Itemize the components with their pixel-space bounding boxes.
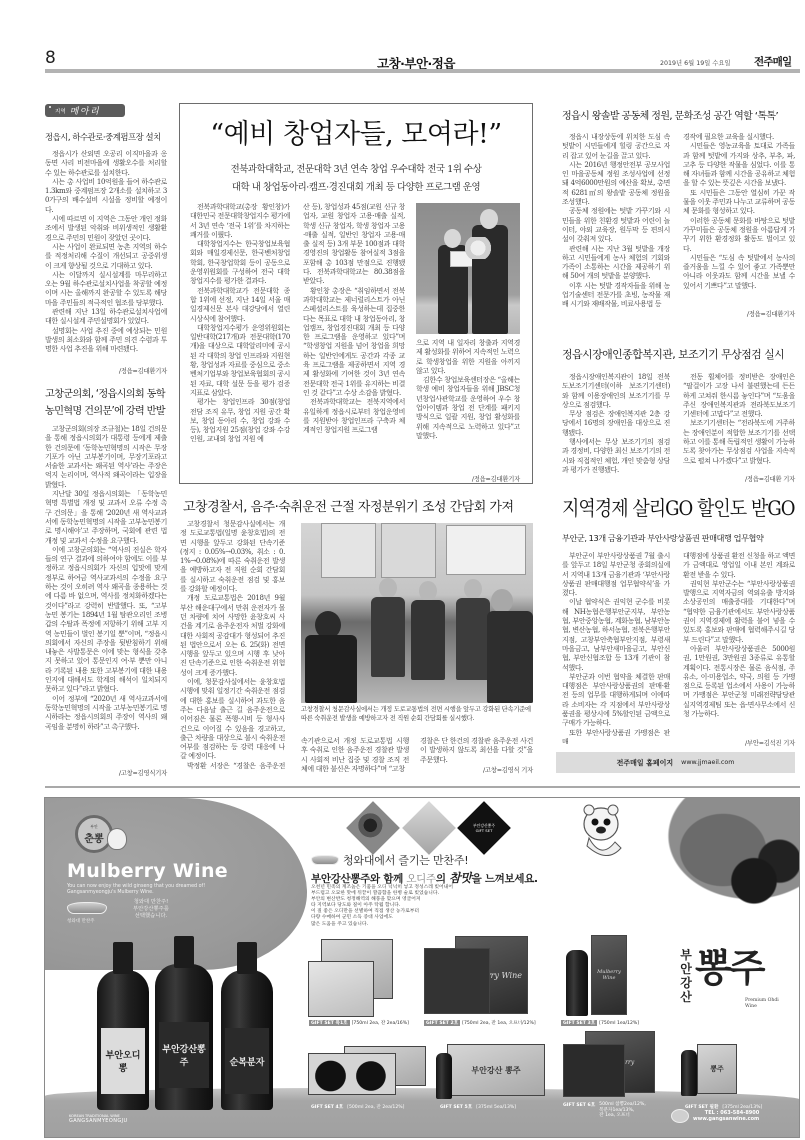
paragraph: 시는 2016년 행정안전부 공모사업인 마을공동체 정원 조성사업에 선정돼 …: [562, 161, 670, 207]
wine-bottle: [681, 1050, 697, 1096]
sewer-byline: /정읍=김대환기자: [45, 366, 167, 375]
bullet-icon: [49, 106, 51, 108]
paragraph: 이어 정부에 “2020년 새 역사교과서에 동학농민혁명의 시작을 고부농민봉…: [45, 695, 167, 732]
person-head: [419, 581, 437, 601]
box-text: 부안강산 뽕주: [471, 1065, 520, 1076]
emblem-text: 춘뽕: [84, 830, 103, 845]
paragraph: 전북과학대학교는 전북지역에서 유일하게 정읍시로부터 창업운영비를 지원받아 …: [303, 398, 405, 435]
garden-byline: /정읍=김대환기자: [683, 309, 795, 318]
wine-bottle: [566, 950, 588, 1016]
headline-part: 부안강산뽕주와 함께: [311, 873, 406, 885]
officer-figure: [456, 598, 490, 680]
gift-set-spec: [750ml 2ea, 잔 2ea/16%]: [352, 1020, 409, 1026]
paragraph: 경찰은 단 한건의 경찰관 음주운전 사건이 발생하지 않도록 최선을 다할 것…: [420, 737, 533, 765]
gift-set-spec: [375ml 5ea/13%]: [476, 1105, 516, 1110]
brand-english: Premium Ohdi Wine: [745, 998, 781, 1010]
startup-headline: “예비 창업자들, 모여라!”: [179, 112, 533, 151]
person-figure: [305, 635, 357, 703]
paragraph: 경작에 필요한 교육을 실시했다.: [683, 133, 795, 142]
gift-set-2-label: GIFT SET 2호 [750ml 2ea, 잔 1ea, 오프너/12%]: [424, 1020, 536, 1026]
gift-set-spec: [500ml 2ea, 잔 2ea/12%]: [347, 1104, 404, 1110]
paragraph: 무상 점검은 장애인복지관 2층 강당에서 16명의 장애인을 대상으로 진행됐…: [562, 410, 670, 438]
paragraph: 이러한 공동체 문화를 바탕으로 텃밭 가꾸미들은 공동체 정원을 아름답게 가…: [683, 217, 795, 254]
homepage-banner: 전주매일 홈페이지 www.jjmaeil.com: [556, 752, 795, 773]
paragraph: 전동 휠체어를 정비받은 장애인은 “팔걸이가 고장 나서 불편했는데 든든하게…: [683, 373, 795, 419]
paragraph: 산 등), 창업성과 45점(교원 신규 창업자, 교원 창업자 고용·매출 실…: [303, 203, 405, 287]
gift-set-spec: 500ml 참뽕2ea/12%, 복분자1ea/13%, 잔 1ea, 오프너: [599, 1102, 646, 1119]
column-tag-large: 메아리: [70, 104, 101, 117]
gift-set-4-label: GIFT SET 4호 [500ml 2ea, 잔 2ea/12%]: [309, 1104, 404, 1110]
column-tag: 지역 메아리: [45, 104, 125, 117]
note-line: 청와대 만찬주!: [119, 899, 183, 906]
paragraph: 대학창업지수는 한국창업보육협회와 매일경제신문, 한국벤처창업학회, 한국창업…: [190, 240, 290, 286]
ad-tagline: You can now enjoy the wild ginseng that …: [67, 884, 247, 896]
voucher-subhead: 부안군, 13개 금융기관과 부안사랑상품권 판매대행 업무협약: [562, 533, 763, 544]
startup-column-2: 산 등), 창업성과 45점(교원 신규 창업자, 교원 창업자 고용·매출 실…: [303, 203, 405, 469]
sewer-article-title: 정읍시, 하수관로·중계펌프장 설치: [45, 131, 170, 143]
council-article-body: 고창군의회(의장 조규철)는 18일 건의문을 통해 정읍시의회가 대통령 등에…: [45, 425, 167, 765]
paragraph: 행사에서는 무상 보조기기의 점검과 경정비, 다양한 최신 보조기기의 전시와…: [562, 438, 670, 475]
officer-figure: [411, 600, 445, 680]
headline-part: 참맛: [449, 871, 472, 885]
gift-set-tag: GIFT SET 6호: [561, 1102, 597, 1108]
police-headline: 고창경찰서, 음주·숙취운전 근절 자정분위기 조성 간담회 가져: [183, 496, 538, 515]
note-line: 부안강산뽕주를: [119, 906, 183, 913]
award-ceremony-photo: [416, 203, 520, 334]
gift-set-tag: GIFT SET 2호: [424, 1020, 460, 1026]
paragraph: 또한 부안사랑상품권 가맹점은 판매: [562, 729, 670, 744]
box-text: Mulberry Wine: [592, 969, 626, 981]
person-head: [464, 579, 482, 599]
person-head: [444, 229, 461, 248]
blue-house-icon: [67, 902, 107, 914]
mulberry-wine-advertisement: 부안 춘뽕 Mulberry Wine You can now enjoy th…: [44, 797, 800, 1138]
box-text: 뽕주: [710, 1064, 724, 1074]
bear-mascot-icon: [581, 804, 627, 860]
brand-vertical-text: 부안강산: [679, 948, 693, 1004]
gift-set-spec: [750ml 2ea, 잔 1ea, 오프너/12%]: [462, 1020, 536, 1026]
disability-column-1: 정읍시장애인복지관이 18일 전북도보조기기센터(이하 보조기기센터)와 함께 …: [562, 373, 670, 479]
police-byline: /고창=김영식 기자: [420, 765, 533, 774]
paragraph: 대학창업지수평가 운영위원회는 일반대학(217개)과 전문대학(170개)을 …: [190, 324, 290, 398]
police-column-3: 경찰은 단 한건의 경찰관 음주운전 사건이 발생하지 않도록 최선을 다할 것…: [420, 737, 533, 765]
fruit-diamond-image: [402, 801, 456, 855]
page-number: 8: [45, 48, 56, 68]
paragraph: 정읍시 내장상동에 위치한 도심 속 텃밭이 시민들에게 힐링 공간으로 자리 …: [562, 133, 670, 161]
issue-date: 2019년 6월 19일 수요일: [660, 58, 731, 67]
person-head: [379, 578, 397, 598]
bottle-neck: [174, 936, 194, 968]
bottle-label: 부안강산뽕주: [159, 1022, 209, 1088]
paragraph: 부안군이 부안사랑상품권 7월 출시를 앞두고 18일 부안군청 종회의실에서 …: [562, 552, 670, 598]
garden-headline: 정읍시 왕솔밭 공동체 정원, 문화조성 공간 역할 ‘톡톡’: [562, 107, 778, 122]
paragraph: 권익현 부안군수는 “부안사랑상품권 발행으로 지역자금의 역외유출 방지와 소…: [683, 580, 795, 645]
paragraph: 고창경찰서 청문감사실에서는 개정 도로교통법(일명 윤창호법)의 전면 시행을…: [180, 520, 285, 594]
paragraph: 관련해 시는 지난 3월 텃밭을 개장하고 시민들에게 농사 체험의 기회와 가…: [562, 245, 670, 282]
paragraph: 설명회는 사업 추진 중에 예상되는 민원 발생의 최소화와 함께 주민 의견 …: [45, 327, 167, 355]
badge-line: GIFT SET: [476, 828, 493, 833]
paragraph: 평가는 창업인프라 30점(창업 전담 조직 유무, 창업 지원 공간 확보, …: [190, 398, 290, 444]
ad-brand-title: Mulberry Wine: [67, 860, 228, 882]
officer-figure: [371, 597, 405, 677]
bottle-label: 부안오디뽕: [101, 1028, 145, 1094]
gift-set-6-tray: [563, 1044, 625, 1097]
gift-set-2-tray: [424, 948, 490, 1014]
gift-set-1-label: GIFT SET 특1호 [750ml 2ea, 잔 2ea/16%]: [309, 1020, 409, 1026]
startup-subhead-2: 대학 내 창업동아리·캠프·경진대회 개최 등 다양한 프로그램 운영: [179, 179, 533, 193]
paragraph: 시는 사업이 완료되면 농촌 지역의 하수를 적정처리해 수질이 개선되고 공중…: [45, 243, 167, 271]
paragraph: 시는 총 사업비 10억원을 들여 하수관로 1.3km와 중계펌프장 2개소를…: [45, 178, 167, 215]
paragraph: 부안군과 이번 협약을 체결한 판매대행점은 부안사랑상품권의 판매·환전 등의…: [562, 673, 670, 729]
gift-set-5-box: 부안강산 뽕주: [447, 1044, 545, 1096]
garden-column-2: 경작에 필요한 교육을 실시했다. 시민들은 영농교육을 토대로 가족들과 함께…: [683, 133, 795, 305]
ad-body-copy: 오천년 민족의 계조높은 기품을 오디 넉넉히 넣고 정성스레 빚어내어 부드럽…: [311, 885, 491, 928]
header-rule: [45, 69, 800, 73]
paragraph: 이후 시는 텃밭 경작자들을 위해 농업기술센터 전문가를 초빙, 농작물 재배…: [562, 282, 670, 310]
council-byline: /고창=김영식기자: [45, 768, 167, 777]
homepage-label: 전주매일 홈페이지: [617, 758, 674, 768]
paragraph: 보조기기센터는 “전라북도에 거주하는 장애인분이 적합한 보조기기를 선택하고…: [683, 419, 795, 465]
paragraph: 시민들은 “도심 속 텃밭에서 농사의 즐거움을 느낄 수 있어 좋고 가족뿐만…: [683, 254, 795, 291]
gift-set-tag: GIFT SET 5호: [438, 1104, 474, 1110]
maker-name: GANGSANMYEONGJU: [69, 1118, 128, 1124]
paragraph: 정읍시장애인복지관이 18일 전북도보조기기센터(이하 보조기기센터)와 함께 …: [562, 373, 670, 410]
bouquet-shape: [463, 237, 493, 259]
paragraph: 전북과학대학교(총장 황인창)가 대한민국 전문대학창업지수 평가에서 3년 연…: [190, 203, 290, 240]
paragraph: 이에, 청문감사실에서는 윤창호법 시행에 맞춰 일정기간 숙취운전 점검에 대…: [180, 678, 285, 762]
paragraph: 전북과학대학교가 전문대학 종합 1위에 선정, 지난 14일 서울 매일경제신…: [190, 287, 290, 324]
bottle-label: 순복분자: [225, 1028, 269, 1094]
paragraph: 개정 도로교통법은 2018년 9월 부산 해운대구에서 만취 운전자가 몰던 …: [180, 594, 285, 678]
voucher-byline: /부안=김석진 기자: [683, 738, 795, 747]
startup-byline: /정읍=김대환기자: [416, 474, 520, 483]
copy-line: 많은 도움을 주고 있습니다.: [311, 922, 491, 928]
spec-line: 잔 1ea, 오프너: [599, 1113, 646, 1119]
newspaper-name: 전주매일: [754, 54, 791, 69]
gift-set-spec: [375ml 2ea/13%]: [722, 1105, 762, 1110]
paragraph: 이에 고창군의회는 “역사의 진실은 학자들의 연구 결과에 의하여야 함에도 …: [45, 546, 167, 695]
gift-set-4-tray: [308, 1053, 396, 1095]
gift-set-1-front: [308, 961, 374, 1017]
person-head: [480, 209, 498, 229]
blue-house-icon: [311, 855, 339, 865]
bottle-neck: [113, 942, 133, 974]
mulberry-leaves-image: [623, 797, 800, 934]
ad-website: www.gangsanwine.com: [693, 1116, 759, 1122]
headline-part: 의: [436, 873, 449, 885]
police-meeting-photo: [301, 523, 533, 703]
mascot-icon: [107, 828, 127, 850]
gift-set-3-bag: Mulberry Wine: [591, 935, 627, 1015]
paragraph: 관련해 지난 13일 하수관로설치사업에 대한 실시설계 주민설명회가 있었다.: [45, 308, 167, 327]
police-column-2: 속기관으로서 개정 도로교통법 시행 후 숙취로 인한 음주운전 경찰관 발생 …: [301, 737, 409, 775]
paragraph: 고창군의회(의장 조규철)는 18일 건의문을 통해 정읍시의회가 대통령 등에…: [45, 425, 167, 490]
sewer-article-body: 정읍시가 산외면 오공리 이직마을과 옹동면 사리 비전마을에 생활오수를 처리…: [45, 150, 167, 364]
homepage-url: www.jjmaeil.com: [681, 759, 734, 766]
gift-set-tag: GIFT SET 특1호: [309, 1020, 350, 1026]
officer-figure: [487, 611, 533, 703]
paragraph: 시민들은 영농교육을 토대로 가족들과 함께 텃밭에 가지와 상추, 부추, 파…: [683, 142, 795, 188]
paragraph: 지난달 30일 정읍시의회는 「동학농민혁명 특별법 개정 및 교과서 오류 수…: [45, 490, 167, 546]
maker-mark: KOREAN TRADITIONAL WINE GANGSANMYEONGJU: [69, 1114, 128, 1124]
brand-calligraphy-logo: 부안강산 뽕주 Premium Ohdi Wine: [679, 946, 779, 1022]
police-column-1: 고창경찰서 청문감사실에서는 개정 도로교통법(일명 윤창호법)의 전면 시행을…: [180, 520, 285, 770]
wine-bottle: 부안오디뽕: [97, 970, 149, 1110]
paragraph: 대행점에 상품권 환전 신청을 하고 액면가 금액대로 영업일 이내 본인 계좌…: [683, 552, 795, 580]
disability-column-2: 전동 휠체어를 정비받은 장애인은 “팔걸이가 고장 나서 불편했는데 든든하게…: [683, 373, 795, 471]
blue-house-note: 청와대 만찬주! 부안강산뽕주를 선택했습니다.: [119, 899, 183, 920]
gift-set-diamond-badge: 부안강산뽕주 GIFT SET: [457, 801, 511, 855]
section-divider: [45, 786, 800, 788]
gift-set-tag: GIFT SET 4호: [309, 1104, 345, 1110]
paragraph: 박정환 서장은 “경찰은 음주운전 단: [180, 762, 285, 770]
paragraph: 시는 이달까지 실시설계를 마무리하고 오는 9월 하수관로설치사업을 착공할 …: [45, 271, 167, 308]
wine-bottle: 순복분자: [221, 970, 273, 1110]
council-article-title: 고창군의회, ‘정읍시의회 동학 농민혁명 건의문’에 강력 반발: [45, 386, 170, 420]
title-line: 고창군의회, ‘정읍시의회 동학: [45, 386, 170, 403]
headline-part: 을 느껴보세요.: [472, 873, 538, 885]
wall-map: [321, 523, 376, 578]
paragraph: 또 시민들은 그동안 열심히 가꾼 작물을 이웃 주민과 나누고 교류하며 공동…: [683, 189, 795, 217]
blue-house-caption: 청와대 만찬주: [67, 918, 95, 924]
gift-set-7-box: 뽕주: [697, 1044, 737, 1094]
ad-headline-2: 부안강산뽕주와 함께 오디주의 참맛을 느껴보세요.: [311, 869, 538, 886]
paragraph: 속기관으로서 개정 도로교통법 시행 후 숙취로 인한 음주운전 경찰관 발생 …: [301, 737, 409, 774]
wall-map: [381, 523, 436, 578]
paragraph: 김한수 창업보육센터장은 “올해는 학생 예비 창업자들을 위해 JBSC청년창…: [416, 376, 520, 441]
paragraph: 으로 지역 내 일자리 창출과 지역경제 활성화를 위하여 지속적인 노력으로 …: [416, 339, 520, 376]
garden-column-1: 정읍시 내장상동에 위치한 도심 속 텃밭이 시민들에게 힐링 공간으로 자리 …: [562, 133, 670, 315]
brand-big-text: 뽕주: [695, 946, 762, 990]
title-line: 농민혁명 건의문’에 강력 반발: [45, 403, 170, 420]
voucher-column-2: 대행점에 상품권 환전 신청을 하고 액면가 금액대로 영업일 이내 본인 계좌…: [683, 552, 795, 734]
paragraph: 시에 따르면 이 지역은 그동안 개인 정화조에서 발생된 악취와 비위생적인 …: [45, 215, 167, 243]
badge-text: 부안강산뽕주 GIFT SET: [465, 809, 503, 847]
note-line: 선택했습니다.: [119, 913, 183, 920]
headline-part: 오디주: [406, 873, 436, 885]
startup-column-1: 전북과학대학교(총장 황인창)가 대한민국 전문대학창업지수 평가에서 3년 연…: [190, 203, 290, 469]
paragraph: 황인창 총장은 “취임하면서 전북과학대학교는 제너럴리스트가 아닌 스페셜리스…: [303, 287, 405, 399]
paragraph: 이날 협약식은 권익현 군수를 비롯해 NH농협은행부안군지부, 부안농협, 부…: [562, 598, 670, 672]
ad-contact: TEL : 063-584-8900 www.gangsanwine.com: [693, 1110, 759, 1123]
ad-headline-1: 청와대에서 즐기는 만찬주!: [343, 852, 469, 868]
disability-byline: /정읍=김대환 기자: [683, 474, 795, 483]
gift-set-spec: [750ml 1ea/12%]: [599, 1021, 639, 1026]
gift-set-tag: GIFT SET 3호: [561, 1020, 597, 1026]
bottle-neck: [237, 942, 257, 974]
person-head: [491, 589, 513, 613]
whiteboard: [446, 525, 526, 575]
mulberry-diamond-image: [346, 801, 400, 855]
company-logo-icon: [671, 1109, 689, 1123]
startup-column-3: 으로 지역 내 일자리 창출과 지역경제 활성화를 위하여 지속적인 노력으로 …: [416, 339, 520, 469]
wine-bottle: 부안강산뽕주: [155, 964, 213, 1110]
voucher-column-1: 부안군이 부안사랑상품권 7월 출시를 앞두고 18일 부안군청 종회의실에서 …: [562, 552, 670, 744]
disability-headline: 정읍시장애인종합복지관, 보조기기 무상점검 실시: [562, 346, 784, 362]
gift-set-3-label: GIFT SET 3호 [750ml 1ea/12%]: [561, 1020, 639, 1026]
gift-set-5-label: GIFT SET 5호 [375ml 5ea/13%]: [438, 1104, 516, 1110]
column-tag-small: 지역: [55, 107, 66, 115]
startup-subhead-1: 전북과학대학교, 전문대학 3년 연속 창업 우수대학 전국 1위 수상: [179, 161, 533, 175]
wine-bottle: [436, 1053, 452, 1099]
paragraph: 아울러 부안사랑상품권은 5000원권, 1만원권, 3만원권 3종류로 유통할…: [683, 645, 795, 719]
gift-set-6-label: GIFT SET 6호 500ml 참뽕2ea/12%, 복분자1ea/13%,…: [561, 1102, 646, 1119]
paragraph: 정읍시가 산외면 오공리 이직마을과 옹동면 사리 비전마을에 생활오수를 처리…: [45, 150, 167, 178]
paragraph: 공동체 정원에는 텃밭 가꾸기와 시민들을 위한 친환경 텃밭과 어린이 놀이터…: [562, 207, 670, 244]
voucher-headline: 지역경제 살리GO 할인도 받GO: [562, 492, 794, 521]
police-photo-caption: 고창경찰서 청문감사실에서는 개정 도로교통법의 전면 시행을 앞두고 강화된 …: [301, 706, 533, 723]
